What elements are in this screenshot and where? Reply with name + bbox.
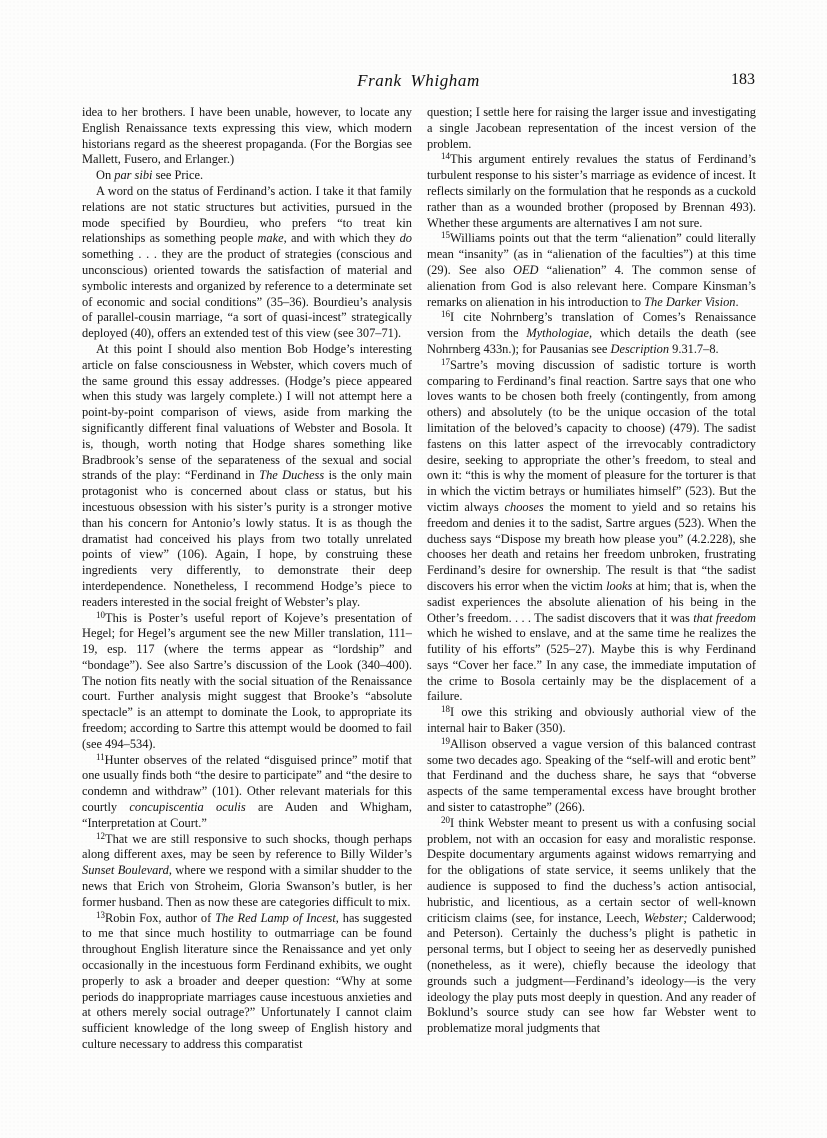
- text-run: , and with which they: [284, 231, 400, 245]
- text-run: Sartre’s moving discussion of sadistic t…: [427, 358, 756, 514]
- text-run: 9.31.7–8.: [669, 342, 719, 356]
- italic-text: The Red Lamp of Incest: [215, 911, 336, 925]
- italic-text: Webster;: [644, 911, 688, 925]
- footnote-paragraph: 11Hunter observes of the related “disgui…: [82, 753, 412, 832]
- text-run: see Price.: [152, 168, 203, 182]
- footnote-number: 18: [441, 704, 450, 714]
- text-run: This argument entirely revalues the stat…: [427, 152, 756, 229]
- footnote-paragraph: 18I owe this striking and obviously auth…: [427, 705, 756, 737]
- body-paragraph: On par sibi see Price.: [82, 168, 412, 184]
- italic-text: that freedom: [693, 611, 756, 625]
- italic-text: Description: [611, 342, 670, 356]
- page-number: 183: [731, 71, 755, 89]
- text-columns: idea to her brothers. I have been unable…: [82, 105, 756, 1053]
- italic-text: The Duchess: [259, 468, 324, 482]
- text-run: On: [96, 168, 114, 182]
- footnote-paragraph: 14This argument entirely revalues the st…: [427, 152, 756, 231]
- footnote-paragraph: 10This is Poster’s useful report of Koje…: [82, 611, 412, 753]
- text-run: question; I settle here for raising the …: [427, 105, 756, 151]
- italic-text: Sunset Boulevard: [82, 863, 169, 877]
- footnote-paragraph: 19Allison observed a vague version of th…: [427, 737, 756, 816]
- footnote-number: 17: [441, 357, 450, 367]
- right-column: question; I settle here for raising the …: [427, 105, 756, 1053]
- body-paragraph: idea to her brothers. I have been unable…: [82, 105, 412, 168]
- text-run: I owe this striking and obviously author…: [427, 705, 756, 735]
- text-run: Robin Fox, author of: [105, 911, 215, 925]
- body-paragraph: At this point I should also mention Bob …: [82, 342, 412, 611]
- footnote-number: 15: [441, 230, 450, 240]
- footnote-number: 11: [96, 752, 105, 762]
- text-run: idea to her brothers. I have been unable…: [82, 105, 412, 166]
- italic-text: make: [257, 231, 283, 245]
- footnote-paragraph: 13Robin Fox, author of The Red Lamp of I…: [82, 911, 412, 1053]
- text-run: At this point I should also mention Bob …: [82, 342, 412, 482]
- footnote-number: 10: [96, 610, 105, 620]
- italic-text: Mythologiae: [526, 326, 589, 340]
- footnote-paragraph: 15Williams points out that the term “ali…: [427, 231, 756, 310]
- footnote-paragraph: 20I think Webster meant to present us wi…: [427, 816, 756, 1037]
- text-run: Calderwood; and Peterson). Certainly the…: [427, 911, 756, 1036]
- text-run: Allison observed a vague version of this…: [427, 737, 756, 814]
- text-run: That we are still responsive to such sho…: [82, 832, 412, 862]
- body-paragraph: A word on the status of Ferdinand’s acti…: [82, 184, 412, 342]
- text-run: I think Webster meant to present us with…: [427, 816, 756, 925]
- italic-text: do: [400, 231, 412, 245]
- footnote-number: 16: [441, 309, 450, 319]
- footnote-number: 14: [441, 151, 450, 161]
- text-run: , has suggested to me that since much ho…: [82, 911, 412, 1051]
- footnote-paragraph: 16I cite Nohrnberg’s translation of Come…: [427, 310, 756, 357]
- page-header: Frank Whigham 183: [82, 71, 755, 93]
- footnote-number: 12: [96, 831, 105, 841]
- italic-text: looks: [606, 579, 632, 593]
- footnote-paragraph: 12That we are still responsive to such s…: [82, 832, 412, 911]
- footnote-paragraph: 17Sartre’s moving discussion of sadistic…: [427, 358, 756, 706]
- running-head: Frank Whigham: [82, 71, 755, 91]
- italic-text: concupiscentia oculis: [129, 800, 245, 814]
- text-run: something . . . they are the product of …: [82, 247, 412, 340]
- footnote-number: 13: [96, 910, 105, 920]
- text-run: is the only main protagonist who is conc…: [82, 468, 412, 608]
- page: Frank Whigham 183 idea to her brothers. …: [0, 0, 827, 1138]
- body-paragraph: question; I settle here for raising the …: [427, 105, 756, 152]
- text-run: .: [735, 295, 738, 309]
- italic-text: OED: [513, 263, 538, 277]
- footnote-number: 19: [441, 736, 450, 746]
- left-column: idea to her brothers. I have been unable…: [82, 105, 412, 1053]
- italic-text: par sibi: [114, 168, 152, 182]
- italic-text: The Darker Vision: [644, 295, 735, 309]
- italic-text: chooses: [505, 500, 544, 514]
- text-run: which he wished to enslave, and at the s…: [427, 626, 756, 703]
- text-run: This is Poster’s useful report of Kojeve…: [82, 611, 412, 751]
- footnote-number: 20: [441, 815, 450, 825]
